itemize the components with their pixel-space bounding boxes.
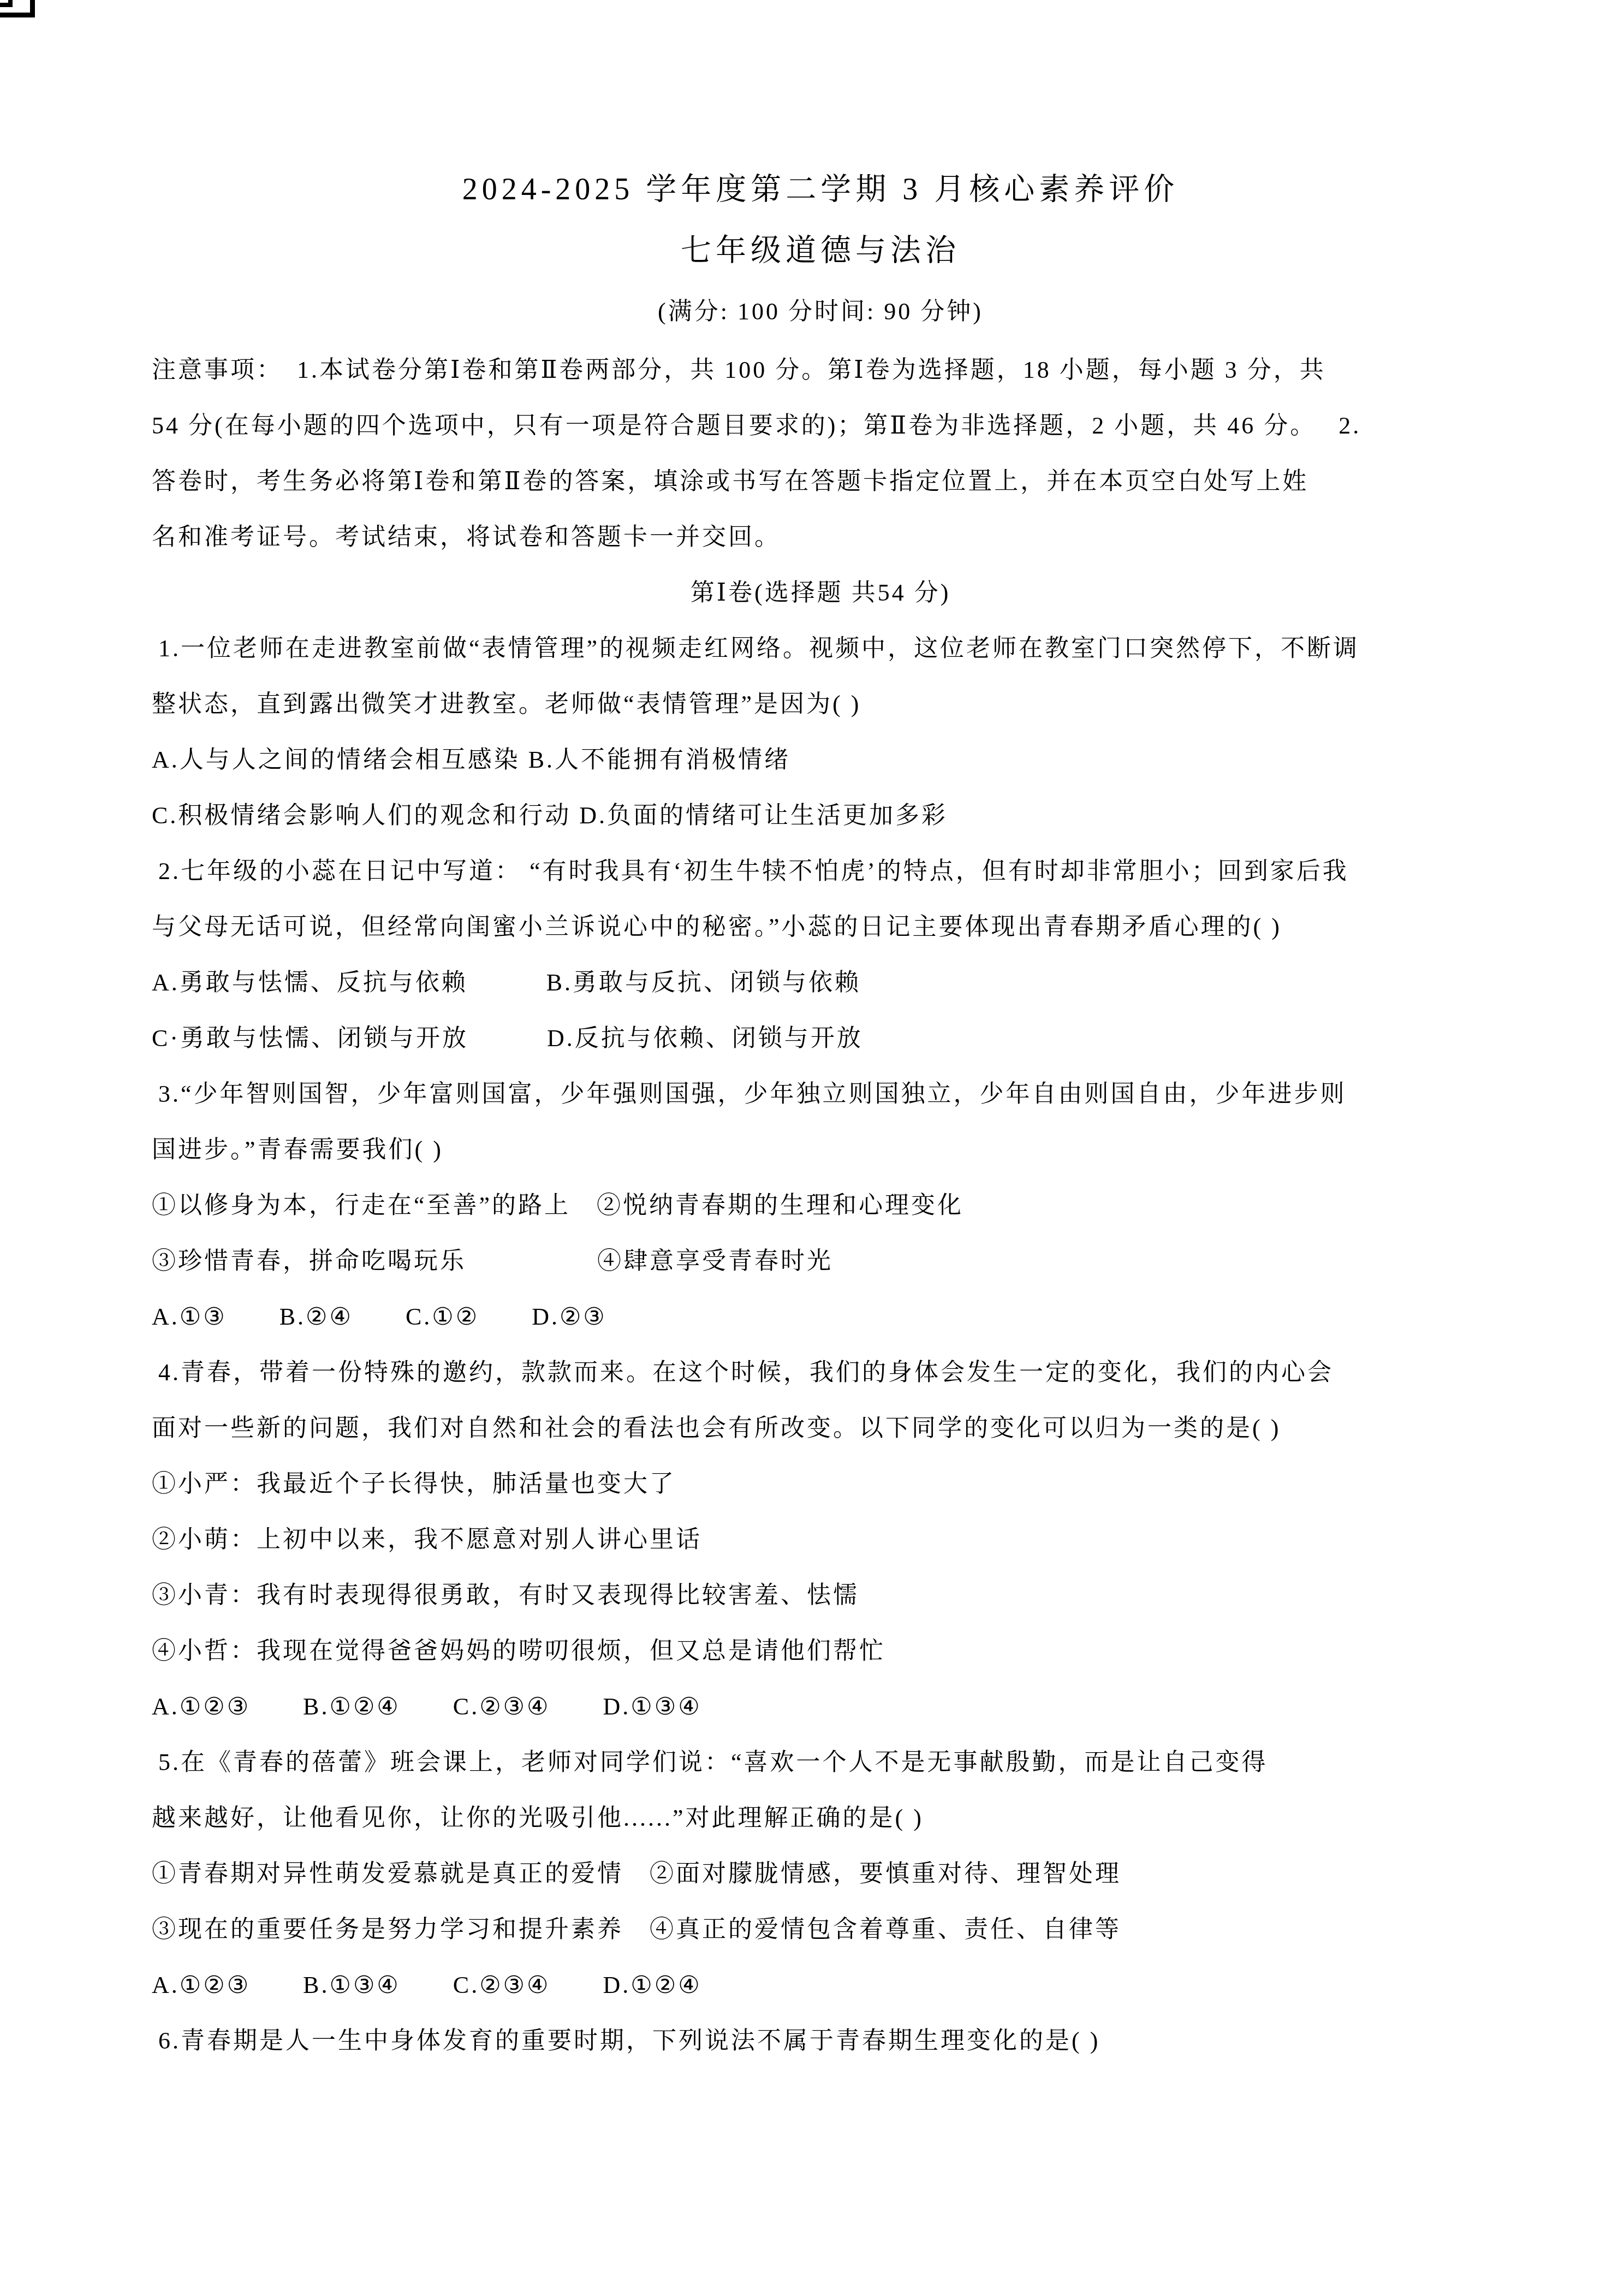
question-6-stem-line-1: 6.青春期是人一生中身体发育的重要时期，下列说法不属于青春期生理变化的是( ) [152,2013,1489,2069]
question-4-answer-options: A.①②③ B.①②④ C.②③④ D.①③④ [152,1679,1489,1735]
question-3-answer-options: A.①③ B.②④ C.①② D.②③ [152,1289,1489,1345]
question-2-options-cd: C·勇敢与怯懦、闭锁与开放 D.反抗与依赖、闭锁与开放 [152,1011,1489,1066]
question-4-item-4: ④小哲：我现在觉得爸爸妈妈的唠叨很烦，但又总是请他们帮忙 [152,1623,1489,1679]
question-5-items-3-4: ③现在的重要任务是努力学习和提升素养 ④真正的爱情包含着尊重、责任、自律等 [152,1902,1489,1957]
question-1-options-cd: C.积极情绪会影响人们的观念和行动 D.负面的情绪可让生活更加多彩 [152,788,1489,844]
question-5-items-1-2: ①青春期对异性萌发爱慕就是真正的爱情 ②面对朦胧情感，要慎重对待、理智处理 [152,1846,1489,1902]
question-5-stem-line-1: 5.在《青春的蓓蕾》班会课上，老师对同学们说：“喜欢一个人不是无事献殷勤，而是让… [152,1735,1489,1790]
question-4-stem-line-2: 面对一些新的问题，我们对自然和社会的看法也会有所改变。以下同学的变化可以归为一类… [152,1401,1489,1456]
exam-paper-page: { "page": { "background_color": "#ffffff… [0,0,1624,2296]
exam-title-line-2: 七年级道德与法治 [152,220,1489,281]
question-5-answer-options: A.①②③ B.①③④ C.②③④ D.①②④ [152,1957,1489,2013]
question-1-stem-line-2: 整状态，直到露出微笑才进教室。老师做“表情管理”是因为( ) [152,677,1489,732]
section-1-header: 第Ⅰ卷(选择题 共54 分) [152,565,1489,621]
exam-document: 2024-2025 学年度第二学期 3 月核心素养评价 七年级道德与法治 (满分… [152,0,1489,2069]
question-4-stem-line-1: 4.青春，带着一份特殊的邀约，款款而来。在这个时候，我们的身体会发生一定的变化，… [152,1345,1489,1401]
exam-score-time-line: (满分: 100 分时间: 90 分钟) [152,281,1489,342]
question-1-options-ab: A.人与人之间的情绪会相互感染 B.人不能拥有消极情绪 [152,732,1489,788]
exam-title-line-1: 2024-2025 学年度第二学期 3 月核心素养评价 [152,159,1489,220]
question-3-stem-line-2: 国进步。”青春需要我们( ) [152,1122,1489,1178]
notice-line-2: 54 分(在每小题的四个选项中，只有一项是符合题目要求的)；第Ⅱ卷为非选择题，2… [152,398,1489,454]
question-1-stem-line-1: 1.一位老师在走进教室前做“表情管理”的视频走红网络。视频中，这位老师在教室门口… [152,621,1489,677]
notice-line-4: 名和准考证号。考试结束，将试卷和答题卡一并交回。 [152,509,1489,565]
question-3-stem-line-1: 3.“少年智则国智，少年富则国富，少年强则国强，少年独立则国独立，少年自由则国自… [152,1066,1489,1122]
question-5-stem-line-2: 越来越好，让他看见你，让你的光吸引他......”对此理解正确的是( ) [152,1790,1489,1846]
question-2-options-ab: A.勇敢与怯懦、反抗与依赖 B.勇敢与反抗、闭锁与依赖 [152,955,1489,1011]
question-2-stem-line-1: 2.七年级的小蕊在日记中写道： “有时我具有‘初生牛犊不怕虎’的特点，但有时却非… [152,844,1489,899]
question-2-stem-line-2: 与父母无话可说，但经常向闺蜜小兰诉说心中的秘密。”小蕊的日记主要体现出青春期矛盾… [152,899,1489,955]
question-4-item-3: ③小青：我有时表现得很勇敢，有时又表现得比较害羞、怯懦 [152,1568,1489,1623]
notice-line-1: 注意事项： 1.本试卷分第Ⅰ卷和第Ⅱ卷两部分，共 100 分。第Ⅰ卷为选择题，1… [152,342,1489,398]
notice-line-3: 答卷时，考生务必将第Ⅰ卷和第Ⅱ卷的答案，填涂或书写在答题卡指定位置上，并在本页空… [152,454,1489,509]
page-corner-mark-inner [0,0,13,7]
question-3-items-1-2: ①以修身为本，行走在“至善”的路上 ②悦纳青春期的生理和心理变化 [152,1178,1489,1233]
question-3-items-3-4: ③珍惜青春，拼命吃喝玩乐 ④肆意享受青春时光 [152,1233,1489,1289]
question-4-item-1: ①小严：我最近个子长得快，肺活量也变大了 [152,1456,1489,1512]
question-4-item-2: ②小萌：上初中以来，我不愿意对别人讲心里话 [152,1512,1489,1568]
